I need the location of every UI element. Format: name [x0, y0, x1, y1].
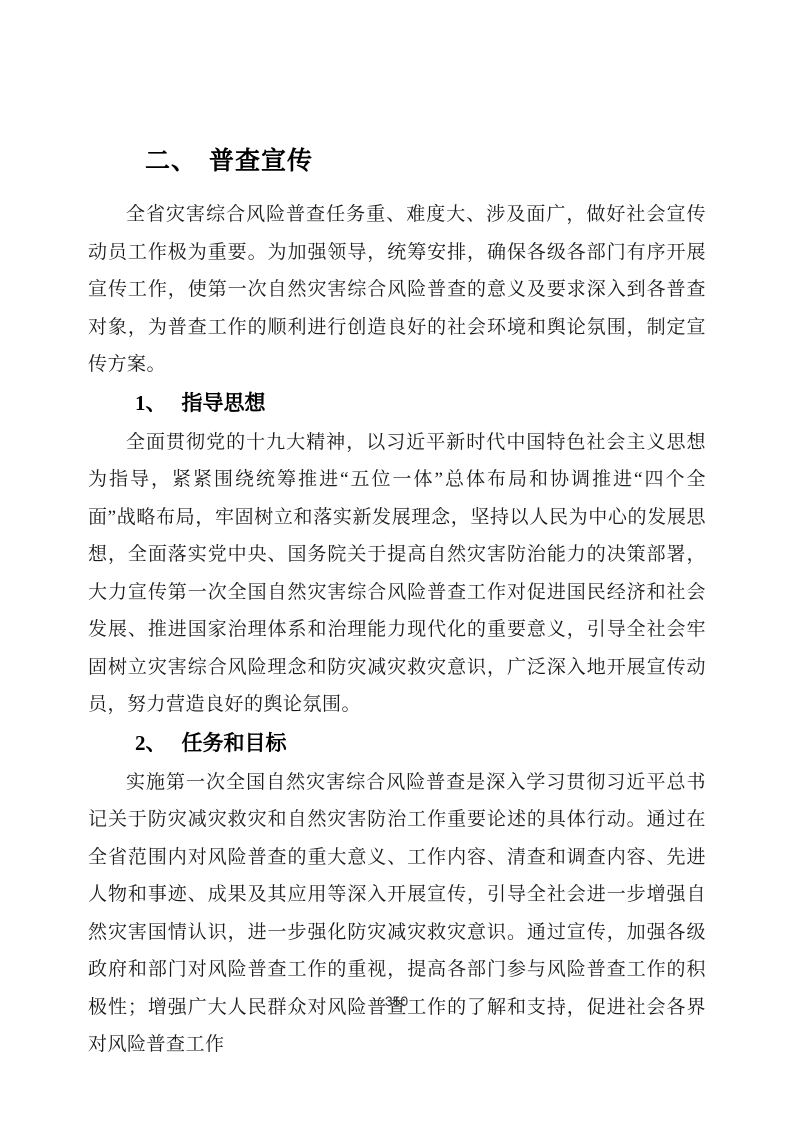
section-1-number: 1、: [135, 391, 167, 415]
section-2-heading-text: 任务和目标: [182, 731, 287, 755]
section-1-paragraph: 全面贯彻党的十九大精神，以习近平新时代中国特色社会主义思想为指导，紧紧围绕统筹推…: [88, 424, 706, 724]
chapter-title-text: 普查宣传: [209, 147, 313, 175]
section-1-heading: 1、指导思想: [135, 388, 706, 418]
chapter-number: 二、: [145, 147, 197, 175]
chapter-title: 二、普查宣传: [145, 146, 706, 176]
section-2-heading: 2、任务和目标: [135, 728, 706, 758]
intro-paragraph: 全省灾害综合风险普查任务重、难度大、涉及面广，做好社会宣传动员工作极为重要。为加…: [88, 196, 706, 384]
section-2-paragraph: 实施第一次全国自然灾害综合风险普查是深入学习贯彻习近平总书记关于防灾减灾救灾和自…: [88, 764, 706, 1064]
section-1-heading-text: 指导思想: [182, 391, 266, 415]
section-2-number: 2、: [135, 731, 167, 755]
document-page: 二、普查宣传 全省灾害综合风险普查任务重、难度大、涉及面广，做好社会宣传动员工作…: [0, 0, 793, 1122]
page-number: 350: [0, 993, 793, 1009]
